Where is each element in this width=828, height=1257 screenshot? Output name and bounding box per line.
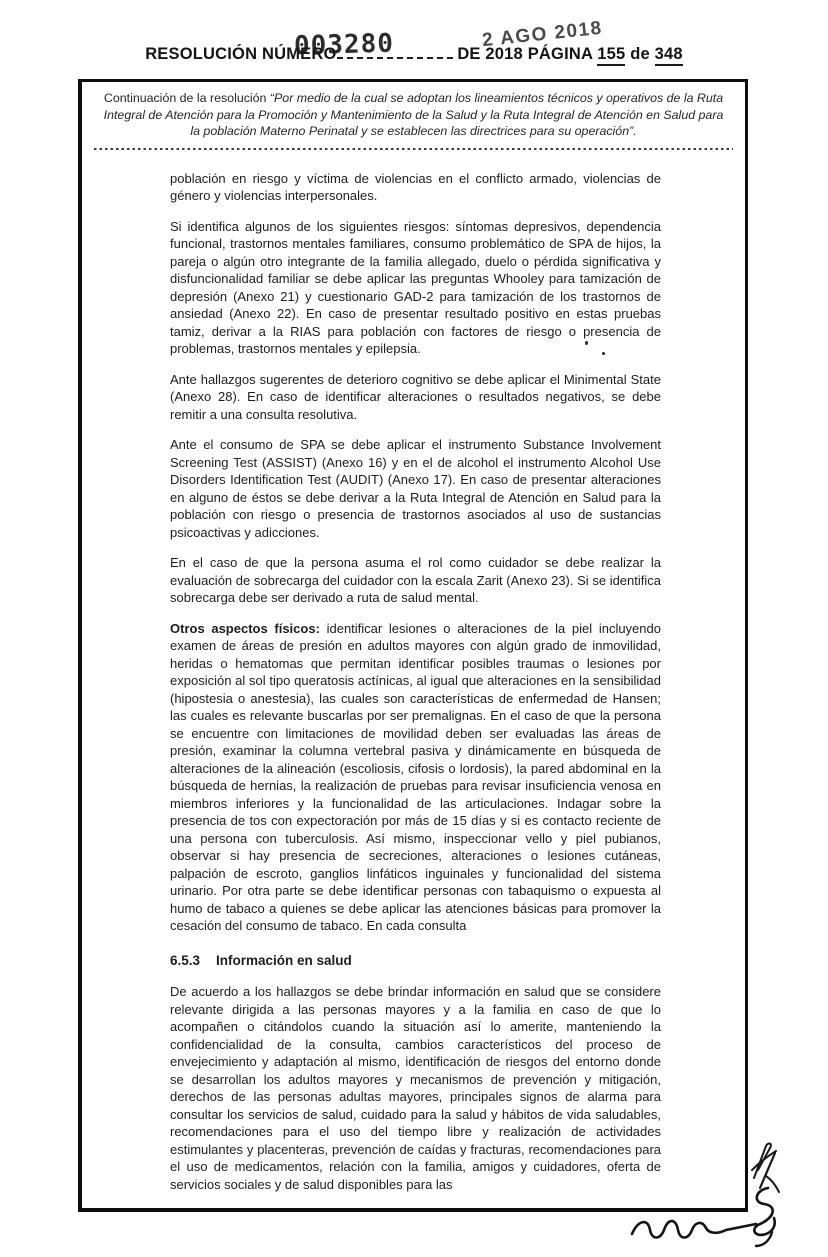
body-text: población en riesgo y víctima de violenc… [170, 170, 661, 1194]
continuation-notice: Continuación de la resolución “Por medio… [98, 90, 729, 140]
signature-scribble [628, 1182, 806, 1252]
paragraph-otros-aspectos: Otros aspectos físicos: identificar lesi… [170, 620, 661, 935]
dashed-separator [94, 148, 733, 150]
paragraph-violencias: población en riesgo y víctima de violenc… [170, 170, 661, 205]
paragraph-informacion-salud: De acuerdo a los hallazgos se debe brind… [170, 983, 661, 1193]
paragraph-spa-assist-audit: Ante el consumo de SPA se debe aplicar e… [170, 436, 661, 541]
paragraph-bold-lead: Otros aspectos físicos: [170, 621, 320, 636]
of-label: de [630, 45, 650, 63]
page-number: 155 [597, 45, 625, 66]
page-title-line: RESOLUCIÓN NÚMERO DE 2018 PÁGINA 155 de … [0, 44, 828, 64]
section-heading: 6.5.3Información en salud [170, 952, 661, 970]
content-frame: Continuación de la resolución “Por medio… [78, 79, 748, 1212]
continuation-lead: Continuación de la resolución [104, 91, 267, 105]
paragraph-otros-aspectos-text: identificar lesiones o alteraciones de l… [170, 621, 661, 934]
section-number: 6.5.3 [170, 953, 200, 968]
paragraph-cuidador-zarit: En el caso de que la persona asuma el ro… [170, 554, 661, 607]
section-title: Información en salud [216, 953, 352, 968]
paragraph-riesgos-whooley: Si identifica algunos de los siguientes … [170, 218, 661, 358]
document-page: RESOLUCIÓN NÚMERO DE 2018 PÁGINA 155 de … [0, 0, 828, 1257]
ink-speck [585, 341, 588, 345]
paragraph-minimental: Ante hallazgos sugerentes de deterioro c… [170, 371, 661, 424]
total-pages: 348 [655, 45, 683, 66]
ink-speck [602, 352, 605, 355]
resolution-number-stamp: 003280 [294, 29, 395, 62]
